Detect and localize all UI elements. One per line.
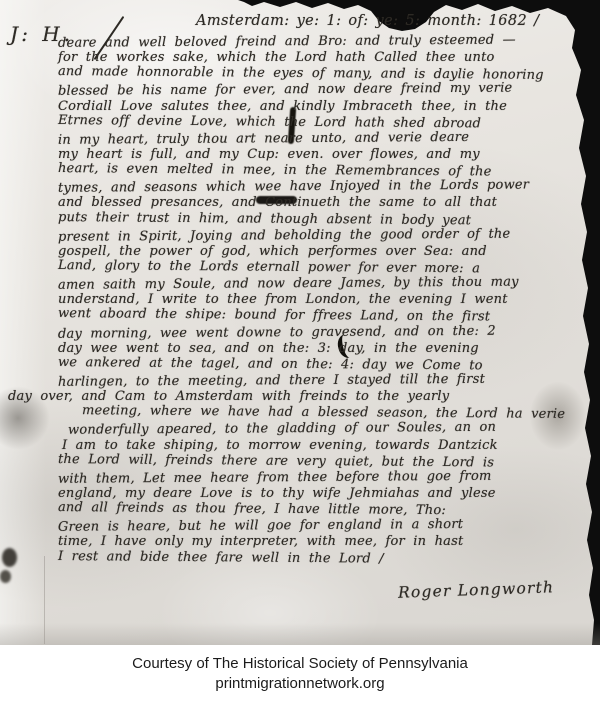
letter-line: in my heart, truly thou art neare unto, … — [58, 129, 564, 149]
letter-scan: J: H. Amsterdam: ye: 1: of: ye: 5: month… — [0, 0, 600, 645]
letter-line: harlingen, to the meeting, and there I s… — [58, 371, 564, 391]
letter-line: and blessed presances, and Continueth th… — [58, 195, 564, 211]
letter-line: Cordiall Love salutes thee, and kindly I… — [58, 99, 564, 115]
letter-line: time, I have only my interpreter, with m… — [58, 534, 564, 550]
letter-line: tymes, and seasons which wee have Injoye… — [58, 177, 564, 197]
letter-line: day morning, wee went downe to gravesend… — [58, 323, 564, 343]
ink-spot — [0, 570, 11, 583]
letter-line: wonderfully apeared, to the gladding of … — [68, 420, 564, 440]
paper-crease — [44, 556, 45, 644]
letter-line: day wee went to sea, and on the: 3: day,… — [58, 341, 564, 357]
letter-line: amen saith my Soule, and now deare James… — [58, 274, 564, 294]
ink-spot — [2, 548, 17, 567]
letter-body: deare and well beloved freind and Bro: a… — [58, 34, 564, 567]
caption-website: printmigrationnetwork.org — [0, 674, 600, 694]
dateline: Amsterdam: ye: 1: of: ye: 5: month: 1682… — [196, 13, 539, 29]
letter-line: present in Spirit, Joying and beholding … — [58, 226, 564, 246]
letter-line: Green is heare, but he will goe for engl… — [58, 516, 564, 536]
caption: Courtesy of The Historical Society of Pe… — [0, 645, 600, 706]
letter-line: blessed be his name for ever, and now de… — [58, 81, 564, 101]
letter-line: I rest and bide thee fare well in the Lo… — [58, 549, 564, 569]
letter-line: deare and well beloved freind and Bro: a… — [58, 32, 564, 52]
scan-page: J: H. Amsterdam: ye: 1: of: ye: 5: month… — [0, 0, 600, 706]
letter-line: gospell, the power of god, which perform… — [58, 244, 564, 260]
letter-line: I am to take shiping, to morrow evening,… — [62, 438, 564, 454]
letter-line: with them, Let mee heare from thee befor… — [58, 468, 564, 488]
caption-credit: Courtesy of The Historical Society of Pe… — [0, 654, 600, 674]
signature: Roger Longworth — [398, 578, 555, 601]
